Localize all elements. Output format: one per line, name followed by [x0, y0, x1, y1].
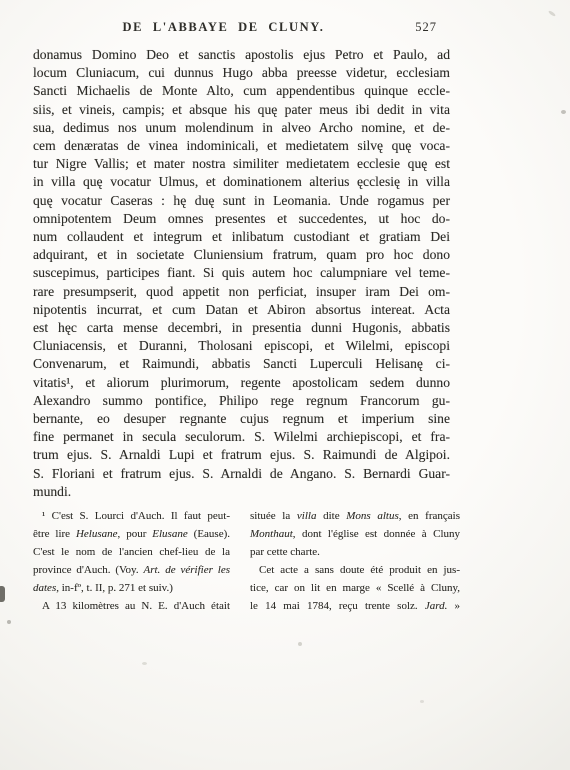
- text-line: située la villa dite Mons altus, en fran…: [250, 507, 460, 525]
- text-line: quę vocatur Caseras : hę duę sunt in Leo…: [33, 192, 450, 210]
- text-segment: située la: [250, 510, 297, 522]
- scan-mark: [7, 620, 11, 624]
- main-text-block: donamus Domino Deo et sanctis apostolis …: [33, 46, 450, 501]
- text-segment: ¹ C'est S. Lourci d'Auch. Il faut peut-: [42, 510, 230, 522]
- text-segment: , en français: [399, 510, 460, 522]
- italic-text: Art. de vérifier les: [143, 564, 230, 576]
- text-segment: , pour: [118, 528, 153, 540]
- text-segment: adquirant, et in societate Cluniensium f…: [33, 247, 450, 262]
- scan-mark: [561, 110, 566, 114]
- text-segment: est hęc carta mense decembri, in present…: [33, 320, 450, 335]
- scan-mark: [420, 700, 424, 703]
- text-line: ¹ C'est S. Lourci d'Auch. Il faut peut-: [33, 507, 230, 525]
- text-segment: »: [447, 600, 460, 612]
- text-segment: S. Floriani et fratrum ejus. S. Arnaldi …: [33, 466, 450, 481]
- italic-text: Mons altus: [346, 510, 398, 522]
- footnote-column-right: située la villa dite Mons altus, en fran…: [250, 507, 460, 615]
- text-segment: bernante, eo desuper regnante cujus regn…: [33, 411, 450, 426]
- text-segment: Cluniacensis, et Duranni, Tholosani epis…: [33, 338, 450, 353]
- text-line: nipotentis incurrat, et cum Datan et Abi…: [33, 301, 450, 319]
- text-line: trum ejus. S. Arnaldi Lupi et fratrum ej…: [33, 446, 450, 464]
- italic-text: Helusane: [76, 528, 118, 540]
- text-line: adquirant, et in societate Cluniensium f…: [33, 246, 450, 264]
- text-line: siis, et vineis, campis; et absque his q…: [33, 101, 450, 119]
- footnote-column-left: ¹ C'est S. Lourci d'Auch. Il faut peut-ê…: [33, 507, 230, 615]
- text-line: Sancti Michaelis de Monte Alto, cum appe…: [33, 82, 450, 100]
- italic-text: villa: [297, 510, 317, 522]
- text-segment: tice, car on lit en marge « Scellé à Clu…: [250, 582, 460, 594]
- text-segment: le 14 mai 1784, reçu trente solz.: [250, 600, 425, 612]
- text-segment: Cet acte a sans doute été produit en jus…: [259, 564, 460, 576]
- text-segment: mundi.: [33, 484, 71, 499]
- text-line: num collaudent et integrum et inlibatum …: [33, 228, 450, 246]
- text-segment: Convenarum, et Raimundi, abbatis Sancti …: [33, 356, 450, 371]
- text-segment: num collaudent et integrum et inlibatum …: [33, 229, 450, 244]
- text-segment: (Eause).: [188, 528, 230, 540]
- text-line: mundi.: [33, 483, 450, 501]
- text-line: est hęc carta mense decembri, in present…: [33, 319, 450, 337]
- text-line: C'est le nom de l'ancien chef-lieu de la: [33, 543, 230, 561]
- text-segment: A 13 kilomètres au N. E. d'Auch était: [42, 600, 230, 612]
- page-number: 527: [415, 20, 437, 35]
- text-line: Alexandro summo pontifice, Philipo rege …: [33, 392, 450, 410]
- text-segment: siis, et vineis, campis; et absque his q…: [33, 102, 450, 117]
- text-line: province d'Auch. (Voy. Art. de vérifier …: [33, 561, 230, 579]
- text-segment: donamus Domino Deo et sanctis apostolis …: [33, 47, 450, 62]
- text-segment: province d'Auch. (Voy.: [33, 564, 143, 576]
- italic-text: Monthaut: [250, 528, 293, 540]
- text-segment: , dont l'église est donnée à Cluny: [293, 528, 460, 540]
- text-segment: , in-fº, t. II, p. 271 et suiv.): [56, 582, 173, 594]
- italic-text: Elusane: [152, 528, 187, 540]
- text-line: être lire Helusane, pour Elusane (Eause)…: [33, 525, 230, 543]
- text-segment: nipotentis incurrat, et cum Datan et Abi…: [33, 302, 450, 317]
- text-line: vitatis¹, et aliorum plurimorum, regente…: [33, 374, 450, 392]
- text-line: tur Nigre Vallis; et mater nostra simili…: [33, 155, 450, 173]
- text-line: S. Floriani et fratrum ejus. S. Arnaldi …: [33, 465, 450, 483]
- text-line: dates, in-fº, t. II, p. 271 et suiv.): [33, 579, 230, 597]
- text-line: Cluniacensis, et Duranni, Tholosani epis…: [33, 337, 450, 355]
- text-segment: dite: [316, 510, 346, 522]
- text-line: le 14 mai 1784, reçu trente solz. Jard. …: [250, 597, 460, 615]
- text-line: omnipotentem Deum omnes presentes et suc…: [33, 210, 450, 228]
- text-line: A 13 kilomètres au N. E. d'Auch était: [33, 597, 230, 615]
- text-line: Cet acte a sans doute été produit en jus…: [250, 561, 460, 579]
- text-segment: rare presumpserit, quod appetit non perf…: [33, 284, 450, 299]
- text-segment: locum Cluniacum, cui dunnus Hugo abba pr…: [33, 65, 450, 80]
- text-segment: fine permanet in secula seculorum. S. Wi…: [33, 429, 450, 444]
- text-segment: quę vocatur Caseras : hę duę sunt in Leo…: [33, 193, 450, 208]
- italic-text: dates: [33, 582, 56, 594]
- scan-mark: [548, 10, 556, 17]
- text-line: in villa quę vocatur Ulmus, et dominatio…: [33, 173, 450, 191]
- text-line: locum Cluniacum, cui dunnus Hugo abba pr…: [33, 64, 450, 82]
- text-line: sua, dedimus nos unum molendinum in alve…: [33, 119, 450, 137]
- scan-mark: [142, 662, 147, 665]
- text-segment: Sancti Michaelis de Monte Alto, cum appe…: [33, 83, 450, 98]
- footnotes-block: ¹ C'est S. Lourci d'Auch. Il faut peut-ê…: [33, 507, 460, 615]
- text-segment: vitatis¹, et aliorum plurimorum, regente…: [33, 375, 450, 390]
- text-line: suscepimus, participes fiant. Si quis au…: [33, 264, 450, 282]
- text-segment: par cette charte.: [250, 546, 320, 558]
- text-segment: trum ejus. S. Arnaldi Lupi et fratrum ej…: [33, 447, 450, 462]
- text-segment: suscepimus, participes fiant. Si quis au…: [33, 265, 450, 280]
- text-line: rare presumpserit, quod appetit non perf…: [33, 283, 450, 301]
- text-segment: cem denæratas de vinea indominicali, et …: [33, 138, 450, 153]
- text-segment: tur Nigre Vallis; et mater nostra simili…: [33, 156, 450, 171]
- text-segment: in villa quę vocatur Ulmus, et dominatio…: [33, 174, 450, 189]
- text-line: cem denæratas de vinea indominicali, et …: [33, 137, 450, 155]
- text-line: tice, car on lit en marge « Scellé à Clu…: [250, 579, 460, 597]
- running-head-title: DE L'ABBAYE DE CLUNY.: [33, 20, 414, 35]
- text-line: Monthaut, dont l'église est donnée à Clu…: [250, 525, 460, 543]
- text-line: par cette charte.: [250, 543, 460, 561]
- scan-mark: [298, 642, 302, 646]
- text-segment: sua, dedimus nos unum molendinum in alve…: [33, 120, 450, 135]
- text-segment: Alexandro summo pontifice, Philipo rege …: [33, 393, 450, 408]
- text-segment: omnipotentem Deum omnes presentes et suc…: [33, 211, 450, 226]
- text-segment: être lire: [33, 528, 76, 540]
- text-line: bernante, eo desuper regnante cujus regn…: [33, 410, 450, 428]
- scan-mark: [0, 586, 5, 602]
- scanned-book-page: DE L'ABBAYE DE CLUNY. 527 donamus Domino…: [0, 0, 570, 770]
- text-line: fine permanet in secula seculorum. S. Wi…: [33, 428, 450, 446]
- text-segment: C'est le nom de l'ancien chef-lieu de la: [33, 546, 230, 558]
- text-line: Convenarum, et Raimundi, abbatis Sancti …: [33, 355, 450, 373]
- italic-text: Jard.: [425, 600, 448, 612]
- running-header: DE L'ABBAYE DE CLUNY. 527: [33, 20, 450, 36]
- text-line: donamus Domino Deo et sanctis apostolis …: [33, 46, 450, 64]
